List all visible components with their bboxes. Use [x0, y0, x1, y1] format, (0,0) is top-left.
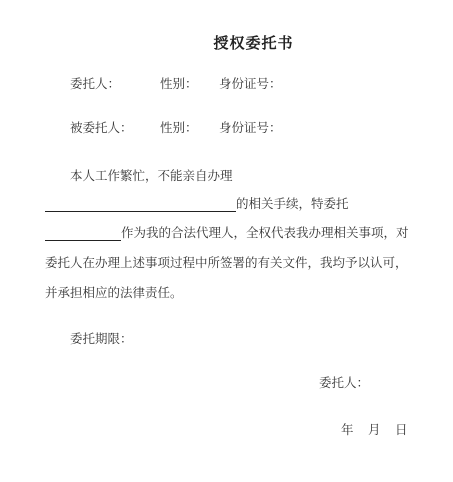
- term-label: 委托期限：: [70, 331, 133, 347]
- body-line-2: 的相关手续，特委托: [45, 196, 349, 212]
- body-line-2-text: 的相关手续，特委托: [236, 196, 349, 211]
- body-line-1: 本人工作繁忙，不能亲自办理: [70, 168, 233, 184]
- matter-blank: [45, 199, 236, 212]
- body-line-5: 并承担相应的法律责任。: [45, 285, 183, 301]
- body-line-4: 委托人在办理上述事项过程中所签署的有关文件，我均予以认可，: [45, 255, 408, 271]
- agent-label: 被委托人：: [70, 120, 133, 136]
- body-line-3: 作为我的合法代理人，全权代表我办理相关事项，对: [45, 225, 409, 241]
- document-title: 授权委托书: [0, 32, 453, 53]
- date-year: 年: [341, 422, 354, 438]
- principal-label: 委托人：: [70, 76, 120, 92]
- body-line-3-text: 作为我的合法代理人，全权代表我办理相关事项，对: [121, 225, 409, 240]
- date-month: 月: [368, 422, 381, 438]
- principal-gender-label: 性别：: [160, 76, 198, 92]
- agent-id-label: 身份证号：: [219, 120, 282, 136]
- date-day: 日: [395, 422, 408, 438]
- agent-gender-label: 性别：: [160, 120, 198, 136]
- principal-id-label: 身份证号：: [219, 76, 282, 92]
- signature-label: 委托人：: [319, 375, 369, 391]
- agent-name-blank: [45, 228, 121, 241]
